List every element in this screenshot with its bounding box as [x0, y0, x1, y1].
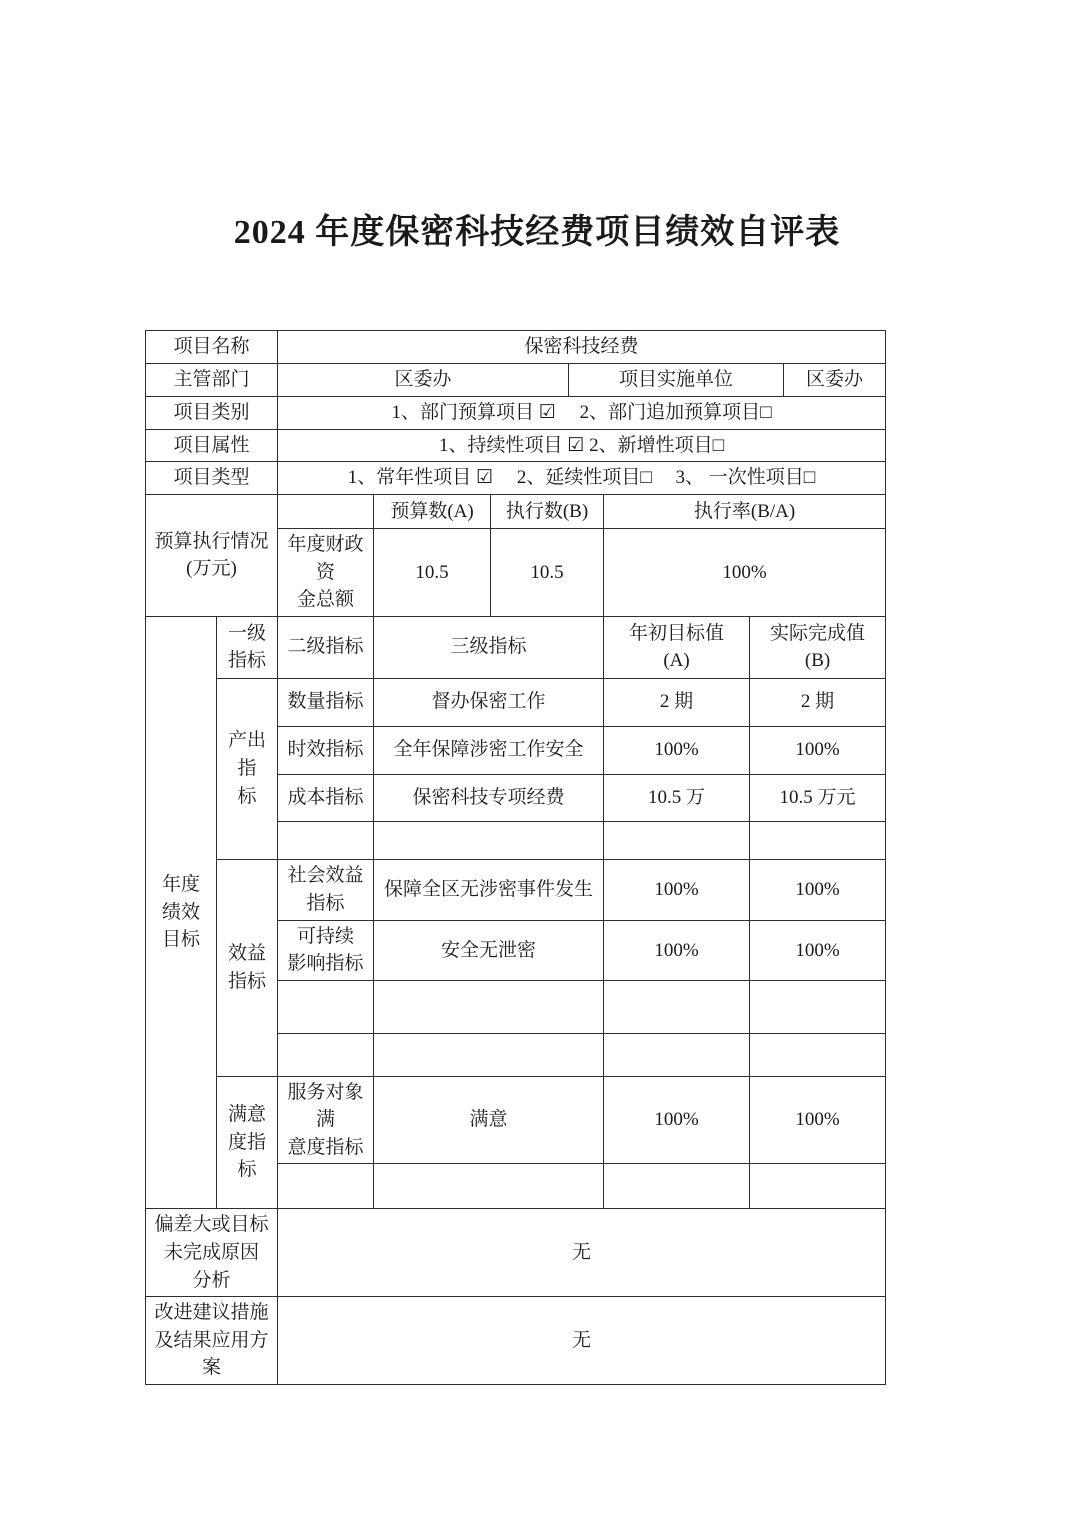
level3-cell: 全年保障涉密工作安全	[374, 726, 604, 774]
empty-cell	[374, 1164, 604, 1209]
empty-cell	[278, 980, 374, 1033]
level3-cell: 保障全区无涉密事件发生	[374, 859, 604, 920]
row-category: 项目类别 1、部门预算项目 ☑ 2、部门追加预算项目□	[146, 396, 886, 429]
empty-cell	[604, 1033, 750, 1076]
attribute-label: 项目属性	[146, 429, 278, 462]
annual-performance-label: 年度 绩效 目标	[146, 616, 217, 1209]
row-type: 项目类型 1、常年性项目 ☑ 2、延续性项目□ 3、 一次性项目□	[146, 462, 886, 495]
actual-cell: 2 期	[750, 678, 886, 726]
target-cell: 100%	[604, 859, 750, 920]
rate-col-header: 执行率(B/A)	[604, 495, 886, 529]
empty-cell	[604, 821, 750, 859]
actual-cell: 10.5 万元	[750, 774, 886, 821]
actual-cell: 100%	[750, 726, 886, 774]
level2-cell: 时效指标	[278, 726, 374, 774]
budget-row-label: 年度财政资 金总额	[278, 529, 374, 617]
actual-cell: 100%	[750, 1076, 886, 1164]
row-indicator-header: 年度 绩效 目标 一级 指标 二级指标 三级指标 年初目标值 (A) 实际完成值…	[146, 616, 886, 678]
document-title: 2024 年度保密科技经费项目绩效自评表	[0, 204, 1074, 253]
empty-cell	[750, 1164, 886, 1209]
project-name-value: 保密科技经费	[278, 331, 886, 364]
empty-cell	[750, 821, 886, 859]
row-department: 主管部门 区委办 项目实施单位 区委办	[146, 364, 886, 397]
type-value: 1、常年性项目 ☑ 2、延续性项目□ 3、 一次性项目□	[278, 462, 886, 495]
actual-cell: 100%	[750, 859, 886, 920]
empty-cell	[278, 1033, 374, 1076]
project-name-label: 项目名称	[146, 331, 278, 364]
category-label: 项目类别	[146, 396, 278, 429]
row-improvement: 改进建议措施 及结果应用方 案 无	[146, 1297, 886, 1385]
indicator-row: 效益 指标 社会效益 指标 保障全区无涉密事件发生 100% 100%	[146, 859, 886, 920]
department-label: 主管部门	[146, 364, 278, 397]
row-budget-header: 预算执行情况 (万元) 预算数(A) 执行数(B) 执行率(B/A)	[146, 495, 886, 529]
implement-unit-value: 区委办	[784, 364, 886, 397]
output-group-label: 产出指 标	[217, 678, 278, 859]
target-header: 年初目标值 (A)	[604, 616, 750, 678]
level2-cell: 服务对象满 意度指标	[278, 1076, 374, 1164]
target-cell: 10.5 万	[604, 774, 750, 821]
empty-cell	[278, 1164, 374, 1209]
actual-cell: 100%	[750, 920, 886, 980]
level3-header: 三级指标	[374, 616, 604, 678]
attribute-value: 1、持续性项目 ☑ 2、新增性项目□	[278, 429, 886, 462]
category-value: 1、部门预算项目 ☑ 2、部门追加预算项目□	[278, 396, 886, 429]
row-attribute: 项目属性 1、持续性项目 ☑ 2、新增性项目□	[146, 429, 886, 462]
document-page: 2024 年度保密科技经费项目绩效自评表 项目名称 保密科技经费 主管部门 区委…	[0, 0, 1074, 1520]
improvement-label: 改进建议措施 及结果应用方 案	[146, 1297, 278, 1385]
budget-section-label: 预算执行情况 (万元)	[146, 495, 278, 617]
budget-value: 10.5	[374, 529, 491, 617]
department-value: 区委办	[278, 364, 569, 397]
row-project-name: 项目名称 保密科技经费	[146, 331, 886, 364]
indicator-row: 产出指 标 数量指标 督办保密工作 2 期 2 期	[146, 678, 886, 726]
empty-cell	[604, 1164, 750, 1209]
budget-col-header: 预算数(A)	[374, 495, 491, 529]
benefit-group-label: 效益 指标	[217, 859, 278, 1076]
level2-cell: 社会效益 指标	[278, 859, 374, 920]
satisfaction-group-label: 满意 度指 标	[217, 1076, 278, 1209]
actual-header: 实际完成值 (B)	[750, 616, 886, 678]
level2-cell: 数量指标	[278, 678, 374, 726]
level2-header: 二级指标	[278, 616, 374, 678]
target-cell: 100%	[604, 920, 750, 980]
level3-cell: 督办保密工作	[374, 678, 604, 726]
empty-cell	[374, 1033, 604, 1076]
level1-header: 一级 指标	[217, 616, 278, 678]
deviation-value: 无	[278, 1209, 886, 1297]
empty-cell	[750, 980, 886, 1033]
empty-cell	[604, 980, 750, 1033]
empty-cell	[278, 821, 374, 859]
level3-cell: 满意	[374, 1076, 604, 1164]
level2-cell: 成本指标	[278, 774, 374, 821]
execution-value: 10.5	[491, 529, 604, 617]
empty-cell	[278, 495, 374, 529]
level2-cell: 可持续 影响指标	[278, 920, 374, 980]
level3-cell: 安全无泄密	[374, 920, 604, 980]
level3-cell: 保密科技专项经费	[374, 774, 604, 821]
target-cell: 100%	[604, 726, 750, 774]
target-cell: 100%	[604, 1076, 750, 1164]
deviation-label: 偏差大或目标 未完成原因 分析	[146, 1209, 278, 1297]
row-deviation: 偏差大或目标 未完成原因 分析 无	[146, 1209, 886, 1297]
type-label: 项目类型	[146, 462, 278, 495]
empty-cell	[374, 980, 604, 1033]
rate-value: 100%	[604, 529, 886, 617]
empty-cell	[374, 821, 604, 859]
execution-col-header: 执行数(B)	[491, 495, 604, 529]
target-cell: 2 期	[604, 678, 750, 726]
implement-unit-label: 项目实施单位	[569, 364, 784, 397]
self-evaluation-table: 项目名称 保密科技经费 主管部门 区委办 项目实施单位 区委办 项目类别 1、部…	[145, 330, 886, 1385]
indicator-row: 满意 度指 标 服务对象满 意度指标 满意 100% 100%	[146, 1076, 886, 1164]
empty-cell	[750, 1033, 886, 1076]
improvement-value: 无	[278, 1297, 886, 1385]
